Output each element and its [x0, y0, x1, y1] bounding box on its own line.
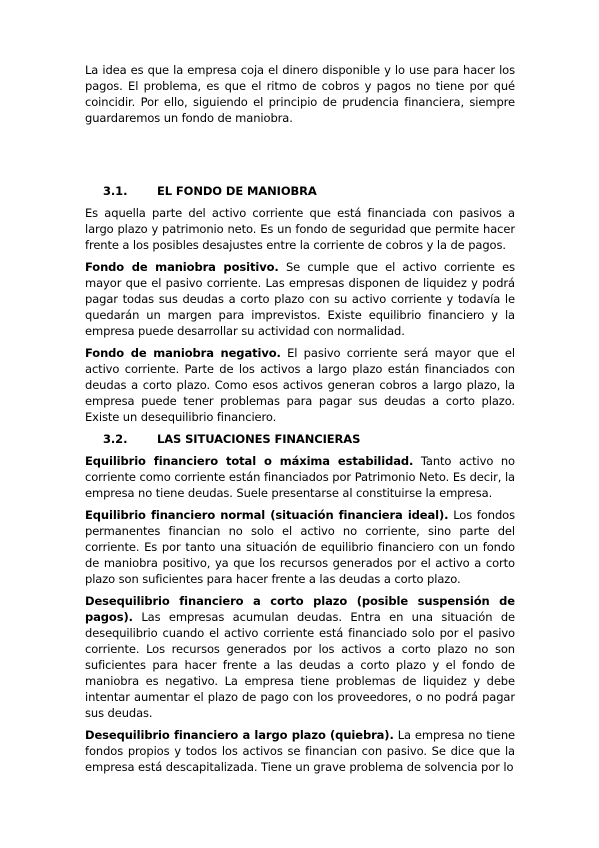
section-title: EL FONDO DE MANIOBRA	[157, 183, 515, 199]
section-heading-3-1: 3.1. EL FONDO DE MANIOBRA	[85, 183, 515, 199]
paragraph-lead: Equilibrio financiero normal (situación …	[85, 508, 448, 522]
document-page: La idea es que la empresa coja el dinero…	[0, 0, 599, 848]
body-paragraph: Es aquella parte del activo corriente qu…	[85, 205, 515, 253]
body-paragraph: Desequilibrio financiero a largo plazo (…	[85, 727, 515, 775]
body-paragraph: Desequilibrio financiero a corto plazo (…	[85, 593, 515, 721]
intro-paragraph: La idea es que la empresa coja el dinero…	[85, 62, 515, 126]
body-paragraph: Fondo de maniobra negativo. El pasivo co…	[85, 345, 515, 425]
paragraph-lead: Fondo de maniobra positivo.	[85, 260, 279, 274]
body-paragraph: Fondo de maniobra positivo. Se cumple qu…	[85, 259, 515, 339]
paragraph-lead: Desequilibrio financiero a largo plazo (…	[85, 728, 394, 742]
section-title: LAS SITUACIONES FINANCIERAS	[157, 431, 515, 447]
paragraph-text: Las empresas acumulan deudas. Entra en u…	[85, 610, 515, 720]
document-content: La idea es que la empresa coja el dinero…	[85, 62, 515, 781]
section-heading-3-2: 3.2. LAS SITUACIONES FINANCIERAS	[85, 431, 515, 447]
section-number: 3.1.	[103, 183, 157, 199]
body-paragraph: Equilibrio financiero total o máxima est…	[85, 453, 515, 501]
body-paragraph: Equilibrio financiero normal (situación …	[85, 507, 515, 587]
section-number: 3.2.	[103, 431, 157, 447]
paragraph-lead: Fondo de maniobra negativo.	[85, 346, 281, 360]
paragraph-lead: Equilibrio financiero total o máxima est…	[85, 454, 413, 468]
